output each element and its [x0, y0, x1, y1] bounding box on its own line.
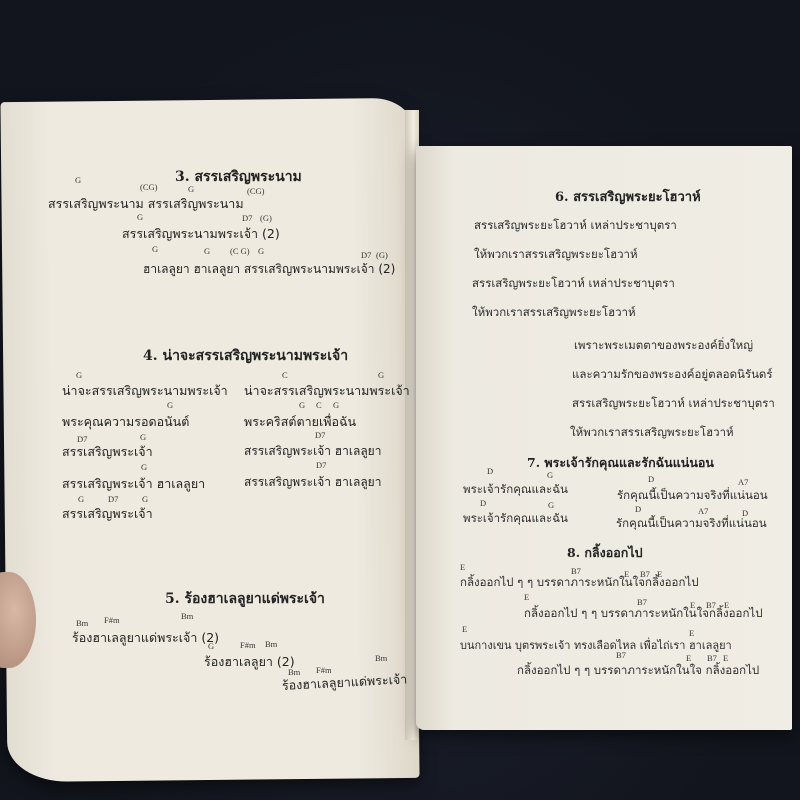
chord: G [258, 246, 264, 256]
chord: E [524, 592, 529, 602]
chord: D7 [108, 494, 118, 504]
lyric-line: เพราะพระเมตตาของพระองค์ยิ่งใหญ่ [574, 337, 753, 355]
chord: C [282, 370, 288, 380]
lyric-line: น่าจะสรรเสริญพระนามพระเจ้า [244, 381, 410, 401]
song-title-text: ร้องฮาเลลูยาแด่พระเจ้า [185, 591, 325, 607]
lyric-line: ให้พวกเราสรรเสริญพระยะโฮวาห์ [472, 304, 636, 322]
lyric-line: สรรเสริญพระยะโฮวาห์ เหล่าประชาบุตรา [474, 217, 677, 235]
lyric-line: กลิ้งออกไป ๆ ๆ บรรดาภาระหนักในใจกลิ้งออก… [524, 605, 763, 623]
lyric-line: พระคุณความรอดอนันต์ [62, 412, 189, 432]
lyric-line: สรรเสริญพระเจ้า ฮาเลลูยา [244, 442, 381, 461]
song-title: 6. สรรเสริญพระยะโฮวาห์ [555, 186, 701, 207]
lyric-line: สรรเสริญพระเจ้า [62, 442, 153, 462]
chord: G [378, 370, 384, 380]
chord: D [635, 504, 641, 514]
chord: F#m [104, 615, 120, 625]
song-number: 5. [165, 591, 180, 607]
song-title: 7. พระเจ้ารักคุณและรักฉันแน่นอน [527, 453, 714, 473]
lyric-line: กลิ้งออกไป ๆ ๆ บรรดาภาระหนักในใจกลิ้งออก… [460, 574, 699, 592]
song-title: 8. กลิ้งออกไป [567, 543, 643, 563]
song-title-text: พระเจ้ารักคุณและรักฉันแน่นอน [544, 455, 714, 470]
song-title-text: กลิ้งออกไป [584, 545, 642, 560]
chord: G [142, 494, 148, 504]
lyric-line: สรรเสริญพระนามพระเจ้า (2) [122, 224, 280, 244]
chord: G [299, 400, 305, 410]
lyric-line: สรรเสริญพระเจ้า ฮาเลลูยา [62, 474, 205, 494]
chord: G [76, 370, 82, 380]
chord: (G) [376, 250, 388, 260]
chord: (G) [260, 213, 272, 223]
song-number: 4. [143, 348, 158, 364]
chord: Bm [76, 618, 88, 628]
chord: D7 [361, 250, 371, 260]
song-title-text: สรรเสริญพระยะโฮวาห์ [573, 190, 701, 205]
chord: G [78, 494, 84, 504]
chord: E [462, 624, 467, 634]
chord: Bm [265, 639, 277, 649]
chord: C [316, 400, 322, 410]
chord: (CG) [247, 186, 264, 196]
lyric-line: ฮาเลลูยา ฮาเลลูยา สรรเสริญพระนามพระเจ้า … [143, 260, 395, 279]
chord: A7 [738, 477, 748, 487]
lyric-line: สรรเสริญพระนาม สรรเสริญพระนาม [48, 194, 244, 214]
chord: G [141, 462, 147, 472]
song-number: 7. [527, 455, 540, 470]
lyric-line: น่าจะสรรเสริญพระนามพระเจ้า [62, 381, 228, 401]
chord: G [188, 184, 194, 194]
song-number: 6. [555, 190, 569, 205]
chord: G [140, 432, 146, 442]
chord: G [137, 212, 143, 222]
chord: (C G) [230, 246, 250, 256]
lyric-line: ร้องฮาเลลูยา (2) [204, 652, 295, 672]
song-title: 4. น่าจะสรรเสริญพระนามพระเจ้า [143, 345, 348, 367]
lyric-line: และความรักของพระองค์อยู่ตลอดนิรันดร์ [572, 366, 773, 384]
chord: Bm [181, 611, 193, 621]
song-number: 8. [567, 545, 580, 560]
chord: D [480, 498, 486, 508]
lyric-line: บนกางเขน บุตรพระเจ้า ทรงเลือดไหล เพื่อไถ… [460, 636, 732, 654]
chord: G [152, 244, 158, 254]
chord: D7 [242, 213, 252, 223]
chord: Bm [375, 653, 387, 663]
lyric-line: พระคริสต์ตายเพื่อฉัน [244, 412, 356, 432]
chord: (CG) [140, 182, 157, 192]
chord: D7 [315, 430, 325, 440]
lyric-line: สรรเสริญพระเจ้า ฮาเลลูยา [244, 473, 381, 492]
lyric-line: พระเจ้ารักคุณและฉัน [463, 481, 568, 499]
chord: F#m [240, 640, 256, 650]
lyric-line: ให้พวกเราสรรเสริญพระยะโฮวาห์ [570, 424, 734, 442]
chord: G [75, 175, 81, 185]
lyric-line: สรรเสริญพระเจ้า [62, 504, 153, 524]
lyric-line: รักคุณนี้เป็นความจริงที่แน่นอน [617, 487, 768, 505]
lyric-line: ร้องฮาเลลูยาแด่พระเจ้า (2) [72, 628, 219, 648]
chord: G [204, 246, 210, 256]
chord: D [648, 474, 654, 484]
lyric-line: ให้พวกเราสรรเสริญพระยะโฮวาห์ [474, 246, 638, 264]
chord: B7 [616, 650, 626, 660]
song-title-text: น่าจะสรรเสริญพระนามพระเจ้า [163, 348, 349, 364]
lyric-line: สรรเสริญพระยะโฮวาห์ เหล่าประชาบุตรา [472, 275, 675, 293]
chord: D [487, 466, 493, 476]
lyric-line: กลิ้งออกไป ๆ ๆ บรรดาภาระหนักในใจ กลิ้งออ… [517, 662, 759, 680]
chord: G [547, 470, 553, 480]
chord: G [333, 400, 339, 410]
lyric-line: รักคุณนี้เป็นความจริงที่แน่นอน [616, 515, 767, 533]
chord: G [548, 500, 554, 510]
lyric-line: สรรเสริญพระยะโฮวาห์ เหล่าประชาบุตรา [572, 395, 775, 413]
lyric-line: พระเจ้ารักคุณและฉัน [463, 510, 568, 528]
chord: E [460, 562, 465, 572]
song-number: 3. [175, 169, 190, 185]
chord: D7 [316, 460, 326, 470]
chord: G [208, 641, 214, 651]
song-title: 5. ร้องฮาเลลูยาแด่พระเจ้า [165, 588, 325, 610]
song-title-text: สรรเสริญพระนาม [195, 169, 302, 185]
chord: G [167, 400, 173, 410]
